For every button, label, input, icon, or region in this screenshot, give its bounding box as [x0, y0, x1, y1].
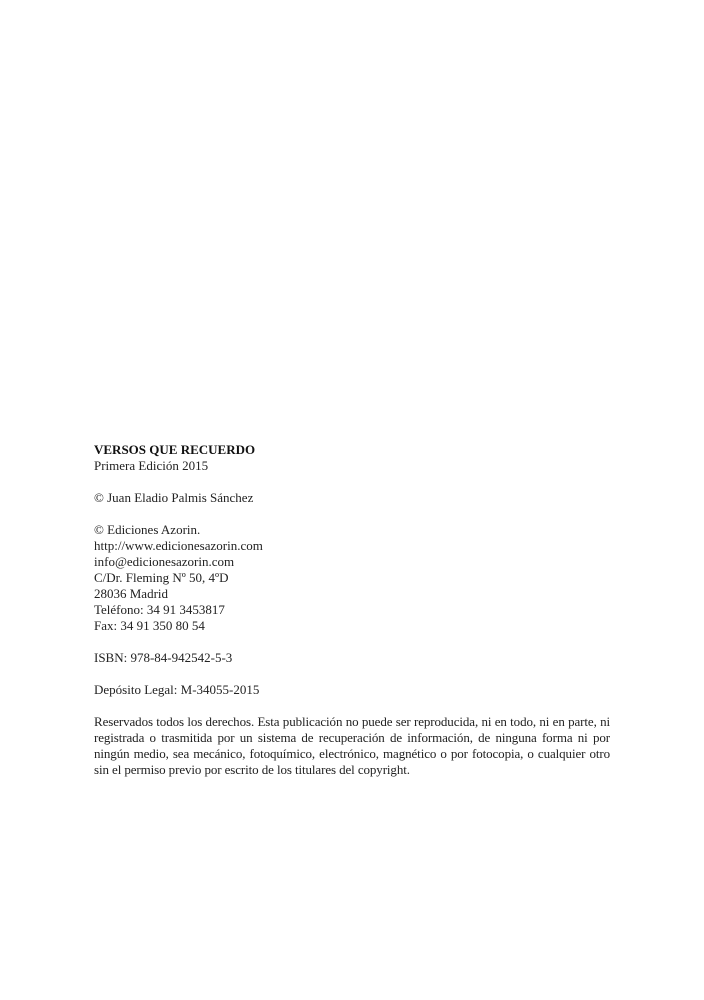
publisher-email: info@edicionesazorin.com — [94, 554, 610, 570]
colophon-block: VERSOS QUE RECUERDO Primera Edición 2015… — [94, 442, 610, 778]
isbn: ISBN: 978-84-942542-5-3 — [94, 650, 610, 666]
legal-deposit: Depósito Legal: M-34055-2015 — [94, 682, 610, 698]
publisher-website: http://www.edicionesazorin.com — [94, 538, 610, 554]
publisher-city: 28036 Madrid — [94, 586, 610, 602]
book-copyright-page: VERSOS QUE RECUERDO Primera Edición 2015… — [0, 0, 704, 1000]
rights-notice: Reservados todos los derechos. Esta publ… — [94, 714, 610, 778]
book-title: VERSOS QUE RECUERDO — [94, 442, 610, 458]
publisher-address: C/Dr. Fleming Nº 50, 4ºD — [94, 570, 610, 586]
publisher-name: © Ediciones Azorin. — [94, 522, 610, 538]
author-copyright: © Juan Eladio Palmis Sánchez — [94, 490, 610, 506]
edition-line: Primera Edición 2015 — [94, 458, 610, 474]
publisher-phone: Teléfono: 34 91 3453817 — [94, 602, 610, 618]
publisher-fax: Fax: 34 91 350 80 54 — [94, 618, 610, 634]
